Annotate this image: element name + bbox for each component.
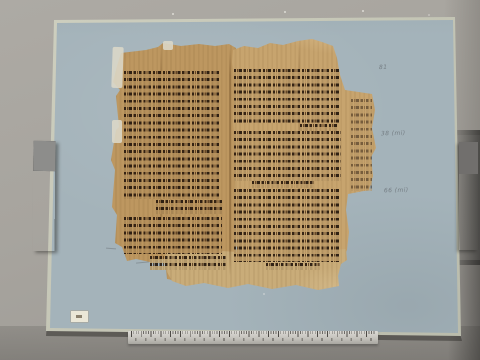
hieratic-text-block	[234, 69, 340, 123]
gray-patch	[33, 141, 55, 171]
hieratic-text-block	[300, 124, 338, 131]
dust-speck	[362, 10, 364, 12]
dust-speck	[428, 14, 430, 16]
pencil-annotation-1: 81	[379, 64, 388, 71]
hieratic-text-block	[266, 263, 320, 270]
sticker-mark	[76, 315, 82, 318]
photo-stage: 81 38 (mi) 66 (mi)	[0, 0, 480, 360]
measuring-ruler	[128, 331, 378, 344]
hieratic-text-block	[124, 71, 221, 199]
hieratic-text-block	[156, 200, 222, 214]
hieratic-text-block	[234, 131, 341, 181]
repair-tissue-patch	[163, 41, 173, 50]
ruler-numbers	[135, 338, 375, 341]
hieratic-text-block	[252, 181, 314, 188]
gray-patch	[459, 142, 478, 174]
pencil-annotation-2: 38 (mi)	[381, 130, 406, 138]
hieratic-text-block	[150, 256, 226, 270]
pencil-annotation-3: 66 (mi)	[384, 187, 409, 195]
dust-speck	[263, 293, 265, 295]
grayscale-strip-right	[459, 142, 478, 250]
repair-tissue-patch	[112, 120, 122, 143]
grayscale-strip-left	[32, 141, 55, 251]
dust-speck	[284, 11, 286, 13]
repair-tissue-patch	[111, 47, 123, 88]
ruler-mm-ticks	[131, 331, 375, 334]
inventory-sticker	[71, 311, 88, 322]
dust-speck	[172, 13, 174, 15]
hieratic-text-block	[124, 217, 222, 254]
hieratic-text-block	[234, 189, 340, 262]
hieratic-text-block	[351, 99, 372, 191]
papyrus-crease	[229, 48, 231, 276]
